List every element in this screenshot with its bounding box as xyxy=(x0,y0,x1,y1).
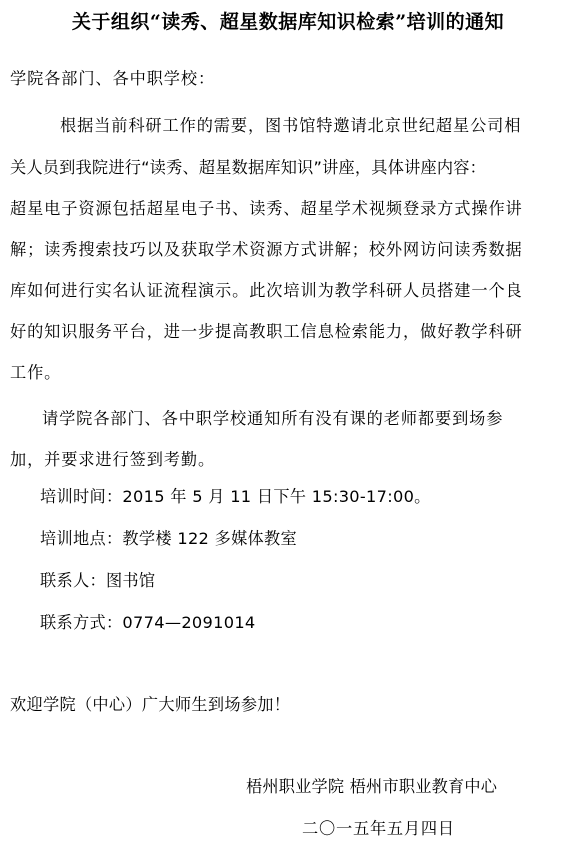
paragraph1-line-1: 根据当前科研工作的需要，图书馆特邀请北京世纪超星公司相 xyxy=(60,115,521,137)
signature-organizations: 梧州职业学院 梧州市职业教育中心 xyxy=(246,776,497,798)
paragraph1-line-2: 关人员到我院进行“读秀、超星数据库知识”讲座，具体讲座内容： xyxy=(10,157,486,179)
paragraph1-line-4: 解；读秀搜索技巧以及获取学术资源方式讲解；校外网访问读秀数据 xyxy=(10,239,523,261)
notice-document: 关于组织“读秀、超星数据库知识检索”培训的通知 学院各部门、各中职学校： 根据当… xyxy=(0,0,576,853)
contact-person: 联系人：图书馆 xyxy=(40,570,155,592)
paragraph2-line-2: 加，并要求进行签到考勤。 xyxy=(10,449,215,471)
salutation: 学院各部门、各中职学校： xyxy=(10,68,215,90)
paragraph1-line-3: 超星电子资源包括超星电子书、读秀、超星学术视频登录方式操作讲 xyxy=(10,198,523,220)
paragraph1-line-6: 好的知识服务平台，进一步提高教职工信息检索能力，做好教学科研 xyxy=(10,321,523,343)
paragraph2-line-1: 请学院各部门、各中职学校通知所有没有课的老师都要到场参 xyxy=(42,408,503,430)
training-time: 培训时间：2015 年 5 月 11 日下午 15:30-17:00。 xyxy=(40,486,431,508)
closing-line: 欢迎学院（中心）广大师生到场参加！ xyxy=(10,694,290,716)
paragraph1-line-5: 库如何进行实名认证流程演示。此次培训为教学科研人员搭建一个良 xyxy=(10,280,523,302)
document-title: 关于组织“读秀、超星数据库知识检索”培训的通知 xyxy=(0,8,576,36)
signature-date: 二〇一五年五月四日 xyxy=(302,818,455,840)
training-location: 培训地点：教学楼 122 多媒体教室 xyxy=(40,528,297,550)
paragraph1-line-7: 工作。 xyxy=(10,362,61,384)
contact-phone: 联系方式：0774—2091014 xyxy=(40,612,256,634)
